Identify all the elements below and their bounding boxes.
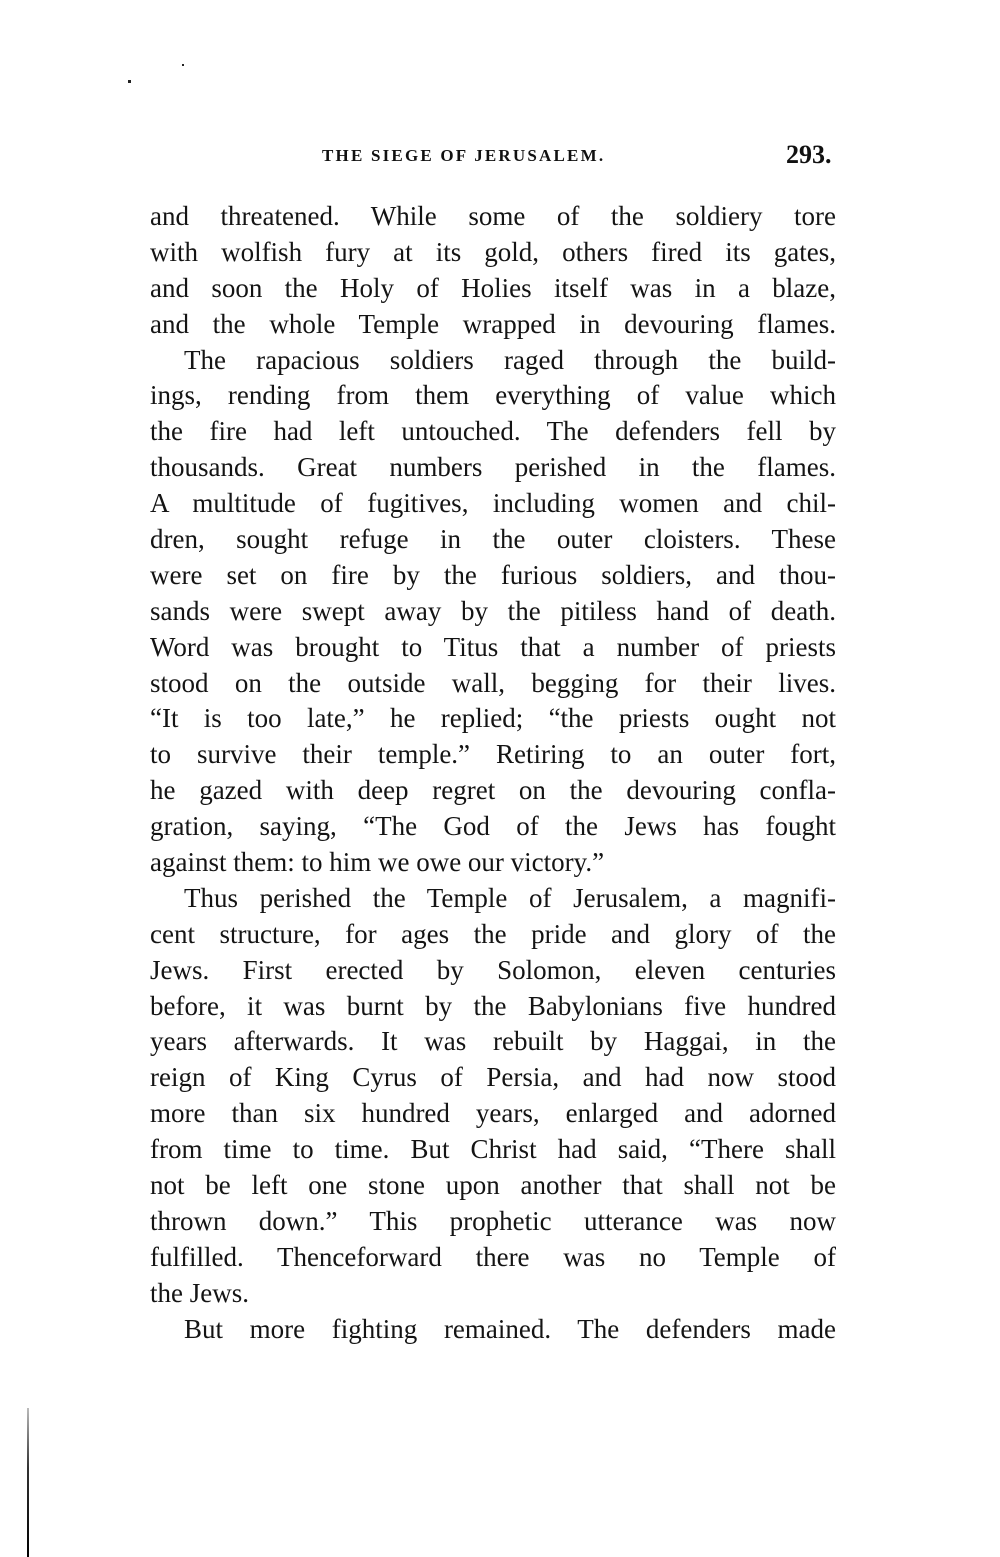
- text-line: The rapacious soldiers raged through the…: [150, 343, 836, 379]
- text-line: thousands. Great numbers perished in the…: [150, 450, 836, 486]
- text-line: fulfilled. Thenceforward there was no Te…: [150, 1240, 836, 1276]
- text-line: he gazed with deep regret on the devouri…: [150, 773, 836, 809]
- text-line: cent structure, for ages the pride and g…: [150, 917, 836, 953]
- page-header: THE SIEGE OF JERUSALEM. 293.: [150, 140, 840, 180]
- body-text: and threatened. While some of the soldie…: [150, 199, 836, 1348]
- text-line: the Jews.: [150, 1276, 836, 1312]
- text-line: But more fighting remained. The defender…: [150, 1312, 836, 1348]
- text-line: against them: to him we owe our victory.…: [150, 845, 836, 881]
- text-line: were set on fire by the furious soldiers…: [150, 558, 836, 594]
- text-line: not be left one stone upon another that …: [150, 1168, 836, 1204]
- page-number: 293.: [786, 140, 832, 170]
- text-line: Word was brought to Titus that a number …: [150, 630, 836, 666]
- scan-margin-line: [27, 1408, 29, 1557]
- text-line: reign of King Cyrus of Persia, and had n…: [150, 1060, 836, 1096]
- running-title: THE SIEGE OF JERUSALEM.: [322, 146, 605, 166]
- text-line: before, it was burnt by the Babylonians …: [150, 989, 836, 1025]
- text-line: sands were swept away by the pitiless ha…: [150, 594, 836, 630]
- text-line: and threatened. While some of the soldie…: [150, 199, 836, 235]
- paragraph: The rapacious soldiers raged through the…: [150, 343, 836, 881]
- scan-speck: [128, 80, 131, 83]
- paragraph: and threatened. While some of the soldie…: [150, 199, 836, 343]
- book-page: THE SIEGE OF JERUSALEM. 293. and threate…: [0, 0, 1000, 1557]
- text-line: years afterwards. It was rebuilt by Hagg…: [150, 1024, 836, 1060]
- paragraph: But more fighting remained. The defender…: [150, 1312, 836, 1348]
- text-line: “It is too late,” he replied; “the pries…: [150, 701, 836, 737]
- paragraph: Thus perished the Temple of Jerusalem, a…: [150, 881, 836, 1312]
- text-line: A multitude of fugitives, including wome…: [150, 486, 836, 522]
- text-line: gration, saying, “The God of the Jews ha…: [150, 809, 836, 845]
- text-line: Thus perished the Temple of Jerusalem, a…: [150, 881, 836, 917]
- text-line: thrown down.” This prophetic utterance w…: [150, 1204, 836, 1240]
- text-line: from time to time. But Christ had said, …: [150, 1132, 836, 1168]
- text-line: and the whole Temple wrapped in devourin…: [150, 307, 836, 343]
- text-line: with wolfish fury at its gold, others fi…: [150, 235, 836, 271]
- text-line: Jews. First erected by Solomon, eleven c…: [150, 953, 836, 989]
- text-line: ings, rending from them everything of va…: [150, 378, 836, 414]
- scan-speck: [182, 64, 184, 66]
- text-line: and soon the Holy of Holies itself was i…: [150, 271, 836, 307]
- text-line: more than six hundred years, enlarged an…: [150, 1096, 836, 1132]
- text-line: to survive their temple.” Retiring to an…: [150, 737, 836, 773]
- text-line: the fire had left untouched. The defende…: [150, 414, 836, 450]
- text-line: stood on the outside wall, begging for t…: [150, 666, 836, 702]
- text-line: dren, sought refuge in the outer cloiste…: [150, 522, 836, 558]
